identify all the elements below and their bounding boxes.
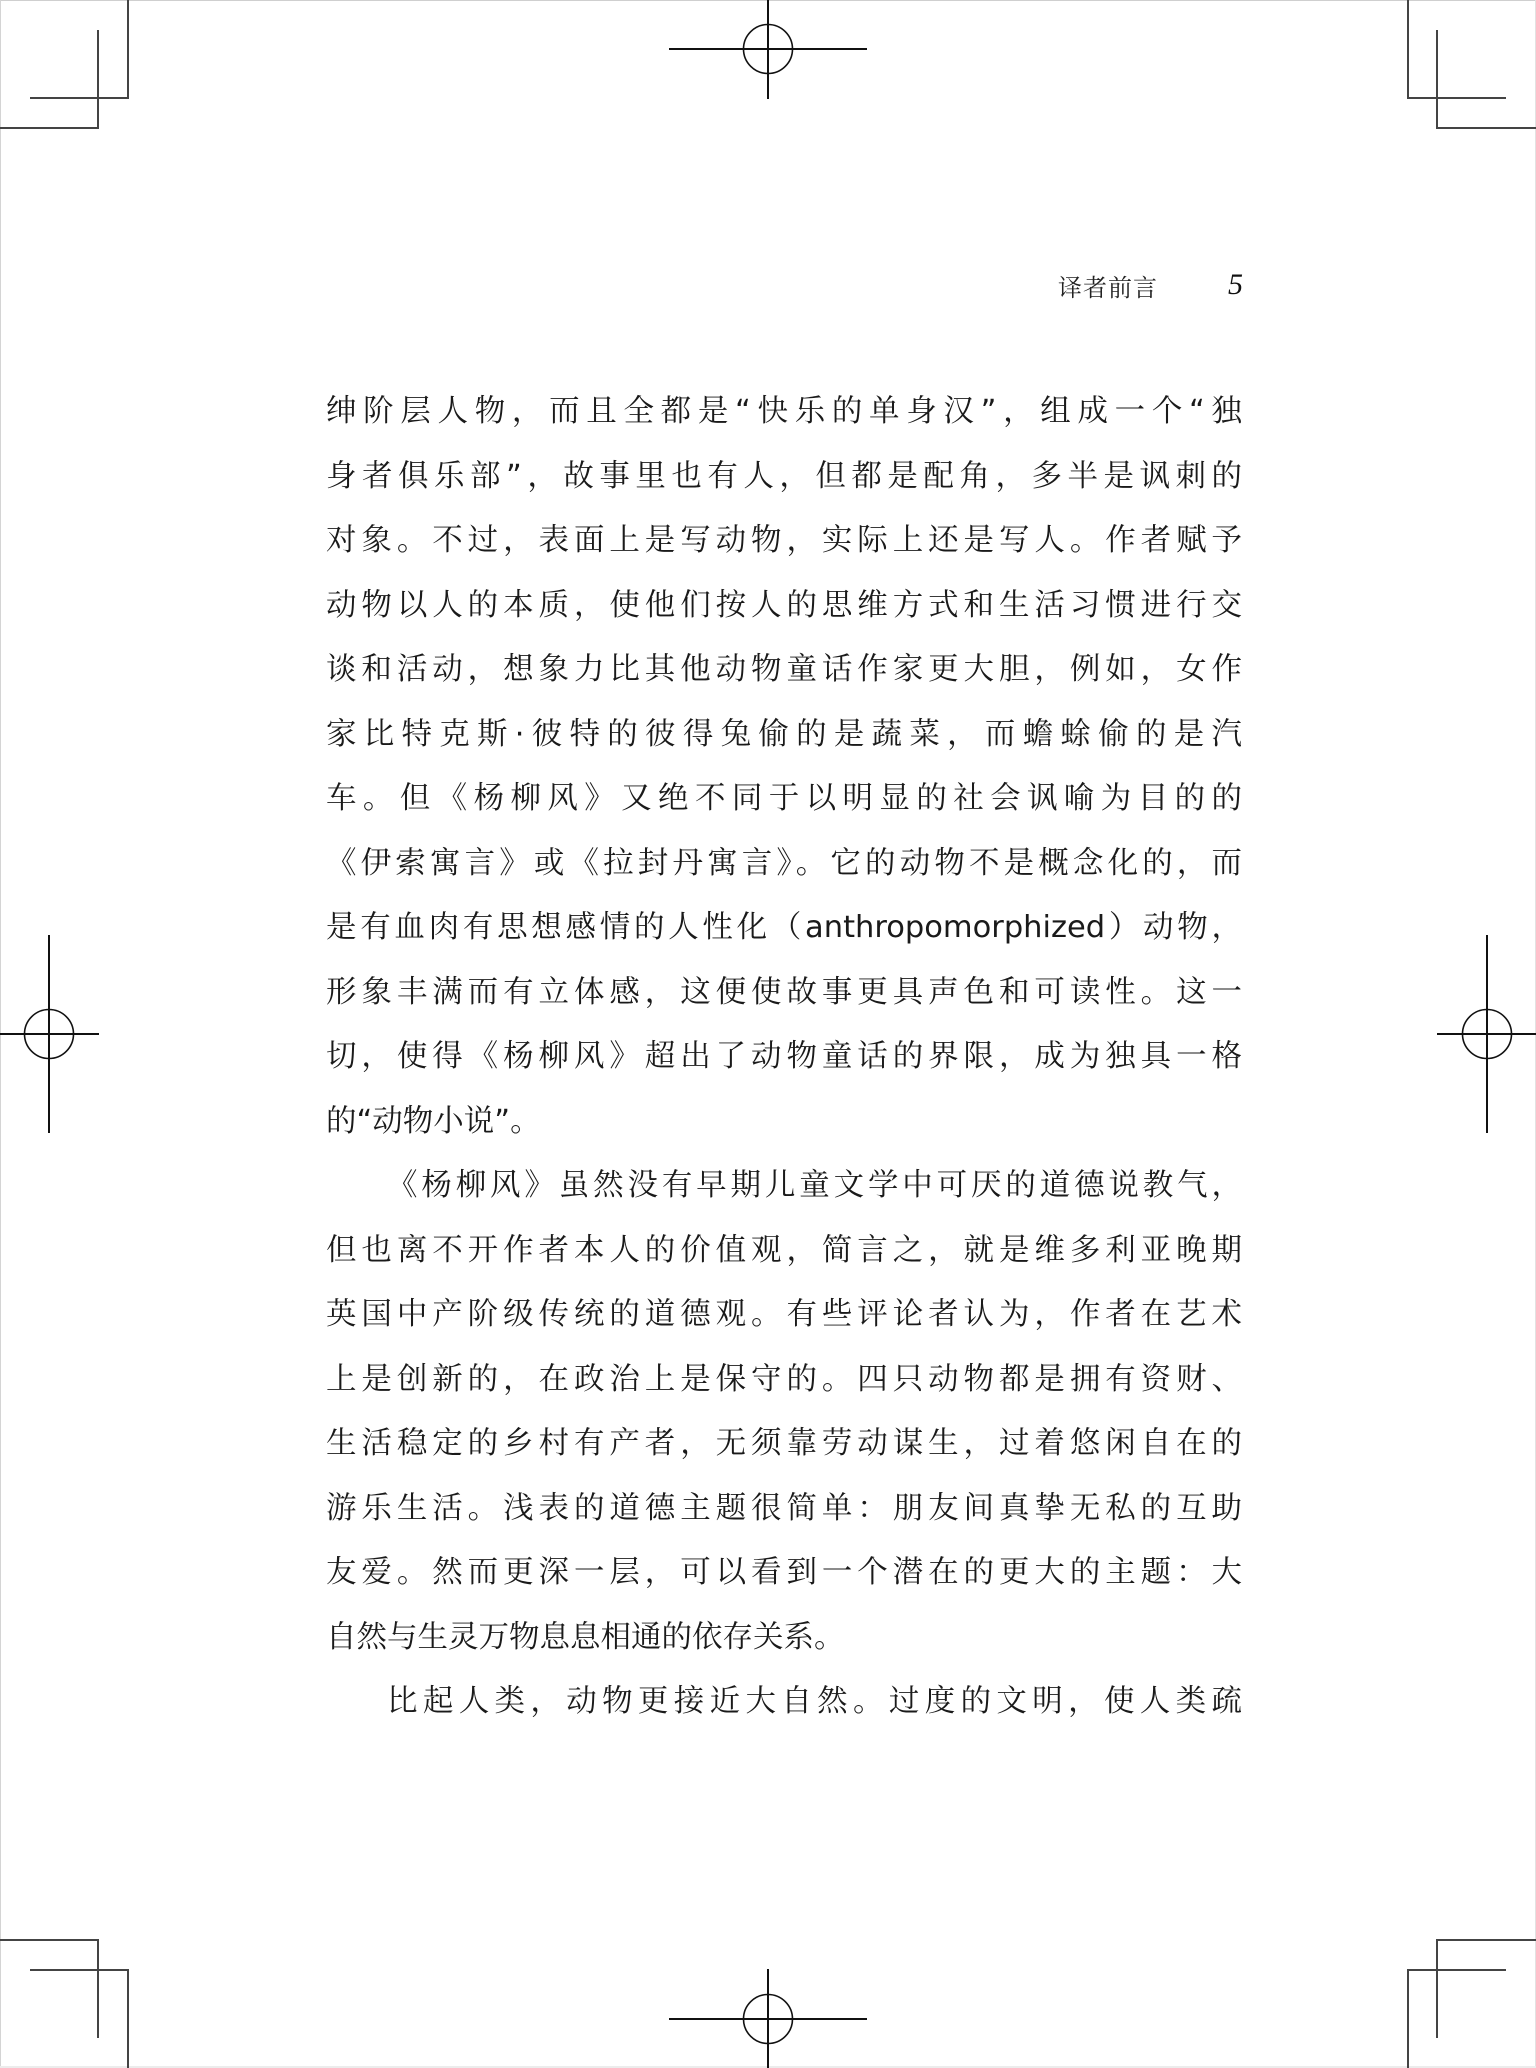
text-line: 是有血肉有思想感情的人性化（anthropomorphized）动物， — [326, 896, 1242, 961]
crop-mark-bottom-left-icon — [0, 1940, 128, 2068]
running-head: 译者前言 — [1058, 268, 1158, 303]
registration-mark-bottom-icon — [669, 1969, 867, 2068]
text-line: 身者俱乐部”，故事里也有人，但都是配角，多半是讽刺的 — [326, 445, 1242, 510]
body-text: 绅阶层人物，而且全都是“快乐的单身汉”，组成一个“独身者俱乐部”，故事里也有人，… — [326, 380, 1242, 1735]
text-line: 谈和活动，想象力比其他动物童话作家更大胆，例如，女作 — [326, 638, 1242, 703]
text-line: 自然与生灵万物息息相通的依存关系。 — [326, 1606, 1242, 1671]
text-line: 英国中产阶级传统的道德观。有些评论者认为，作者在艺术 — [326, 1283, 1242, 1348]
text-line: 上是创新的，在政治上是保守的。四只动物都是拥有资财、 — [326, 1348, 1242, 1413]
text-line: 《杨柳风》虽然没有早期儿童文学中可厌的道德说教气， — [326, 1154, 1242, 1219]
crop-mark-bottom-right-icon — [1408, 1940, 1536, 2068]
text-line: 切，使得《杨柳风》超出了动物童话的界限，成为独具一格 — [326, 1025, 1242, 1090]
registration-mark-left-icon — [0, 935, 99, 1133]
text-line: 形象丰满而有立体感，这便使故事更具声色和可读性。这一 — [326, 961, 1242, 1026]
text-line: 比起人类，动物更接近大自然。过度的文明，使人类疏 — [326, 1670, 1242, 1735]
text-line: 对象。不过，表面上是写动物，实际上还是写人。作者赋予 — [326, 509, 1242, 574]
registration-mark-top-icon — [669, 0, 867, 99]
text-line: 的“动物小说”。 — [326, 1090, 1242, 1155]
text-line: 家比特克斯·彼特的彼得兔偷的是蔬菜，而蟾蜍偷的是汽 — [326, 703, 1242, 768]
text-line: 动物以人的本质，使他们按人的思维方式和生活习惯进行交 — [326, 574, 1242, 639]
text-line: 《伊索寓言》或《拉封丹寓言》。它的动物不是概念化的，而 — [326, 832, 1242, 897]
text-line: 生活稳定的乡村有产者，无须靠劳动谋生，过着悠闲自在的 — [326, 1412, 1242, 1477]
text-line: 绅阶层人物，而且全都是“快乐的单身汉”，组成一个“独 — [326, 380, 1242, 445]
registration-mark-right-icon — [1437, 935, 1536, 1133]
page-number: 5 — [1228, 268, 1243, 302]
text-line: 游乐生活。浅表的道德主题很简单：朋友间真挚无私的互助 — [326, 1477, 1242, 1542]
text-line: 友爱。然而更深一层，可以看到一个潜在的更大的主题：大 — [326, 1541, 1242, 1606]
crop-mark-top-left-icon — [0, 0, 128, 128]
text-line: 车。但《杨柳风》又绝不同于以明显的社会讽喻为目的的 — [326, 767, 1242, 832]
text-line: 但也离不开作者本人的价值观，简言之，就是维多利亚晚期 — [326, 1219, 1242, 1284]
crop-mark-top-right-icon — [1408, 0, 1536, 128]
